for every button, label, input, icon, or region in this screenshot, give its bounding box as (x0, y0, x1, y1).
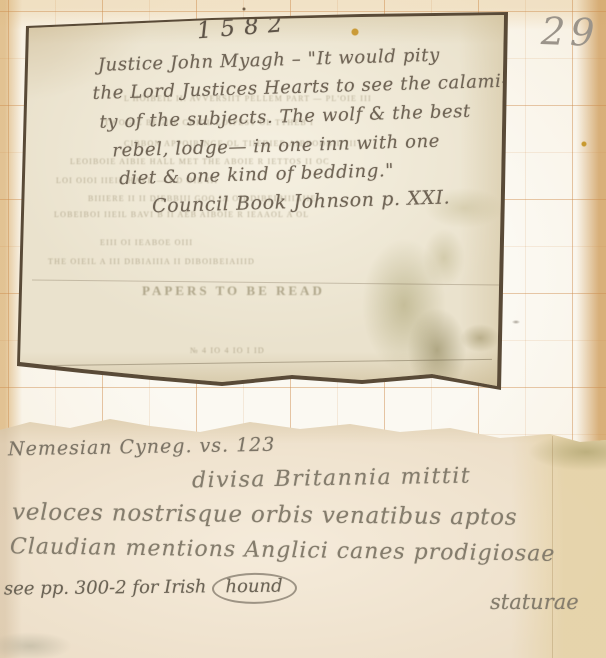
circled-word: hound (211, 572, 296, 604)
handwritten-citation: Council Book Johnson p. XXI. (152, 186, 451, 217)
graph-paper-page: 29 L'HOIBEIL II. AVVERSIIT PELLEM PART —… (0, 0, 606, 658)
handwritten-line: diet & one kind of bedding." (119, 160, 395, 189)
pencil-line: veloces nostrisque orbis venatibus aptos (12, 499, 518, 530)
clipping-handwriting: 1582 Justice John Myagh – "It would pity… (6, 3, 519, 406)
pasted-clipping: L'HOIBEIL II. AVVERSIIT PELLEM PART — PL… (12, 10, 514, 398)
handwritten-line: the Lord Justices Hearts to see the cala… (92, 71, 508, 104)
pencil-line: Nemesian Cyneg. vs. 123 (8, 434, 276, 461)
handwritten-year: 1582 (196, 11, 292, 45)
pencil-line: Claudian mentions Anglici canes prodigio… (10, 534, 556, 567)
pencil-line: staturae (490, 590, 579, 614)
handwritten-line: rebel, lodge— in one inn with one (112, 131, 440, 162)
handwritten-line: ty of the subjects. The wolf & the best (99, 101, 471, 133)
pencil-text: see pp. 300-2 for Irish (4, 576, 207, 599)
torn-note-paper: Nemesian Cyneg. vs. 123 divisa Britannia… (0, 414, 606, 658)
handwritten-line: Justice John Myagh – "It would pity (98, 45, 441, 76)
pencil-line: see pp. 300-2 for Irishhound (4, 572, 297, 606)
page-number: 29 (540, 9, 600, 55)
pencil-line: divisa Britannia mittit (192, 464, 472, 494)
